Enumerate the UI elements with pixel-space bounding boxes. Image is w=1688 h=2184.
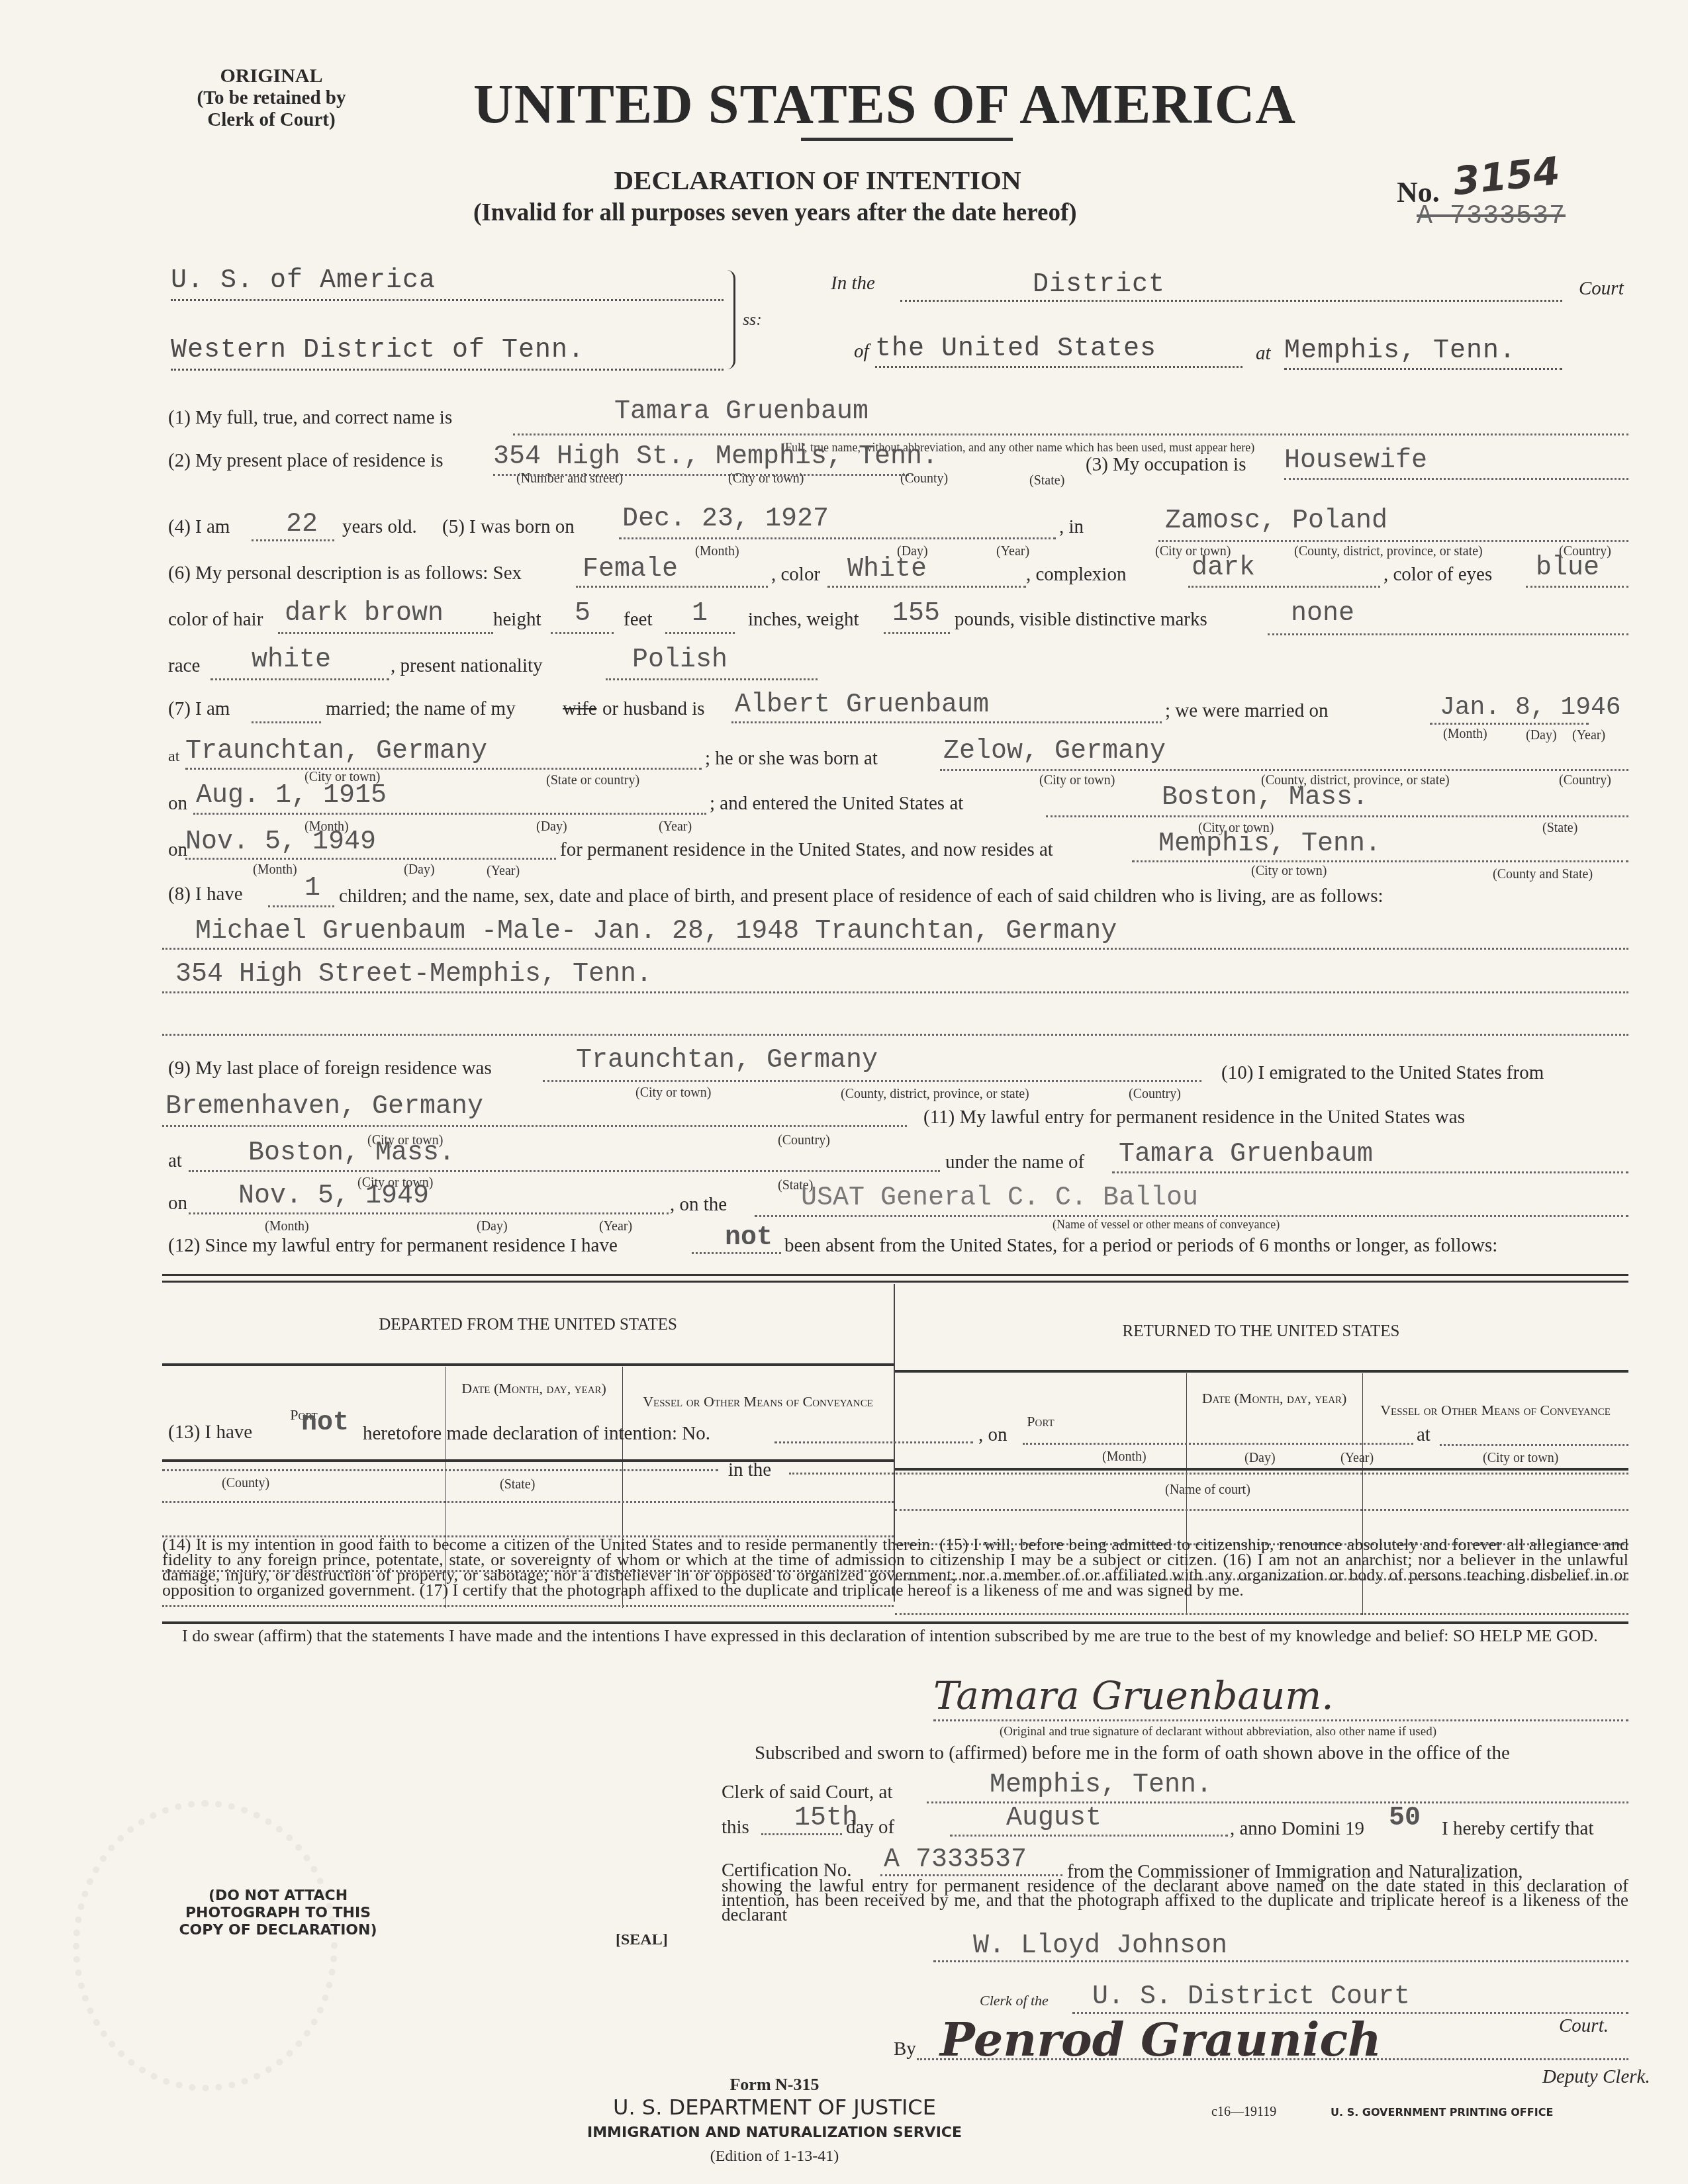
venue-left: U. S. of America Western District of Ten… [171,266,724,371]
hair-label: color of hair [168,609,263,631]
entry-name-line [1112,1171,1628,1173]
caption-city: (City or town) [728,471,804,486]
emigrated-from-field[interactable]: Bremenhaven, Germany [165,1092,483,1122]
feet-field[interactable]: 5 [575,599,590,629]
race-field[interactable]: white [252,645,331,675]
eyes-label: , color of eyes [1383,564,1492,586]
venue-district: Western District of Tenn. [171,336,724,371]
weight-label: pounds, visible distinctive marks [955,609,1207,631]
caption-day: (Day) [536,819,567,835]
spouse-birthdate-line [193,813,706,815]
ss-label: ss: [743,310,762,330]
caption-country: (Country) [1559,773,1611,788]
caption-city: (City or town) [1039,773,1115,788]
entry-name-label: under the name of [945,1152,1084,1173]
jurat-place-field[interactable]: Memphis, Tenn. [990,1770,1212,1800]
entry-name-field[interactable]: Tamara Gruenbaum [1119,1140,1373,1169]
prior-city-field[interactable] [1440,1444,1628,1446]
wife-struck: wife [563,698,597,720]
court-suffix-label: Court. [1559,2015,1609,2037]
resides-label: for permanent residence in the United St… [560,839,1053,861]
copy-label: ORIGINAL [159,65,384,87]
at-label: at [168,748,179,766]
emigrated-from-line [162,1125,907,1127]
prior-date-field[interactable] [1023,1443,1413,1445]
item2-label: (2) My present place of residence is [168,450,444,472]
caption-county-state: (County and State) [1493,867,1593,882]
caption-year: (Year) [599,1219,632,1234]
declarant-signature: Tamara Gruenbaum. [933,1673,1334,1718]
clerk-court-field: U. S. District Court [1092,1982,1410,2012]
husband-label: or husband is [602,698,705,720]
service: IMMIGRATION AND NATURALIZATION SERVICE [543,2124,1006,2141]
foreign-residence-line [543,1080,1201,1082]
caption-county: (County) [222,1476,269,1491]
residence-field[interactable]: 354 High St., Memphis, Tenn. [493,442,938,472]
caption-country: (Country) [1129,1087,1181,1102]
on-label: , on [978,1424,1008,1446]
nationality-line [606,678,818,680]
complexion-field[interactable]: dark [1192,553,1255,583]
caption-county: (County, district, province, or state) [841,1087,1029,1102]
occupation-field[interactable]: Housewife [1284,446,1427,476]
marriage-date-field[interactable]: Jan. 8, 1946 [1440,694,1621,722]
copy-note: (To be retained by [159,87,384,109]
item5-label: (5) I was born on [442,516,575,538]
item1-label: (1) My full, true, and correct name is [168,407,452,429]
in-the-label: In the [831,273,875,295]
vessel-field[interactable]: USAT General C. C. Ballou [801,1183,1198,1213]
validity-note: (Invalid for all purposes seven years af… [473,199,1077,227]
venue-brace [727,270,735,369]
jurat-month-field[interactable]: August [1006,1803,1102,1833]
department: U. S. DEPARTMENT OF JUSTICE [543,2095,1006,2120]
birth-place-field[interactable]: Zamosc, Poland [1165,506,1387,536]
item7-label: (7) I am [168,698,230,720]
entry-date-line [189,1212,669,1214]
caption-country: (Country) [778,1133,830,1148]
caption-city: (City or town) [1251,864,1327,879]
jurat-month-line [950,1835,1228,1837]
prior-court-field[interactable] [789,1473,1628,1475]
race-line [211,678,389,680]
marriage-date-line [1430,723,1589,725]
color-line [827,586,1026,588]
copy-note: Clerk of Court) [159,109,384,131]
returned-header: RETURNED TO THE UNITED STATES [894,1322,1628,1341]
this-label: this [722,1817,749,1839]
caption-month: (Month) [1443,727,1487,742]
caption-year: (Year) [1572,728,1605,743]
spouse-entry-port-line [1046,815,1628,817]
inches-line [665,632,735,634]
caption-month: (Month) [253,862,297,878]
prior-number-field[interactable] [774,1441,973,1443]
children-rule [162,948,1628,950]
spouse-entry-date-field[interactable]: Nov. 5, 1949 [185,827,376,857]
departed-header: DEPARTED FROM THE UNITED STATES [162,1316,894,1334]
entry-port-field[interactable]: Boston, Mass. [248,1138,455,1168]
caption-number-street: (Number and street) [516,471,623,486]
court-label: Court [1579,278,1624,300]
sex-field[interactable]: Female [583,555,678,584]
eyes-field[interactable]: blue [1536,553,1599,583]
nationality-label: , present nationality [391,655,543,677]
clerk-name-line [933,1960,1628,1962]
absence-line [692,1252,781,1254]
caption-year: (Year) [487,864,520,879]
print-code: c16—19119 [1211,2105,1276,2120]
struck-number: A-7333537 [1417,202,1566,232]
cert-text-2: showing the lawful entry for permanent r… [722,1878,1628,1922]
col-header-date: Date (Month, day, year) [445,1380,622,1397]
table-row[interactable] [895,1509,1628,1511]
complexion-label: , complexion [1026,564,1126,586]
height-label: height [493,609,541,631]
married-status-line [252,721,321,723]
on-label: on [168,793,187,815]
spouse-residence-field[interactable]: Memphis, Tenn. [1158,829,1381,859]
item3-label: (3) My occupation is [1086,454,1246,476]
clerk-at-label: Clerk of said Court, at [722,1782,893,1803]
title-rule [801,138,1013,141]
spouse-entry-date-line [185,858,556,860]
spouse-birthdate-field[interactable]: Aug. 1, 1915 [196,781,387,811]
item4-label: (4) I am [168,516,230,538]
age-line [252,539,334,541]
deputy-label: Deputy Clerk. [1542,2066,1650,2088]
item10-label: (10) I emigrated to the United States fr… [1221,1062,1544,1084]
weight-field[interactable]: 155 [892,599,940,629]
spouse-birthplace-line [940,769,1628,771]
entry-date-field[interactable]: Nov. 5, 1949 [238,1181,429,1211]
vessel-line [755,1215,1628,1217]
caption-county: (County, district, province, or state) [1294,544,1483,559]
birth-date-field[interactable]: Dec. 23, 1927 [622,504,829,534]
caption-day: (Day) [1526,728,1557,743]
item12-label: (12) Since my lawful entry for permanent… [168,1235,618,1257]
item13-text: heretofore made declaration of intention… [363,1423,710,1445]
venue-country: U. S. of America [171,266,724,301]
clerk-name-field: W. Lloyd Johnson [973,1931,1227,1961]
entry-port-line [189,1170,940,1172]
age-field[interactable]: 22 [286,510,318,539]
item13-label: (13) I have [168,1422,252,1443]
married-label: married; the name of my [326,698,516,720]
deputy-line [917,2058,1628,2060]
hair-field[interactable]: dark brown [285,599,444,629]
form-number: Form N-315 [543,2075,1006,2095]
page-title: UNITED STATES OF AMERICA [473,73,1296,137]
caption-state: (State) [1542,821,1577,836]
signature-caption: (Original and true signature of declaran… [1000,1725,1436,1739]
race-label: race [168,655,200,677]
item8-label: (8) I have [168,884,243,905]
oath-paragraph: (14) It is my intention in good faith to… [162,1537,1628,1598]
spouse-residence-line [1132,860,1628,862]
eyes-line [1526,586,1628,588]
marks-field[interactable]: none [1291,599,1354,629]
on-label: on [168,1193,187,1214]
col-header-vessel: Vessel or Other Means of Conveyance [1362,1402,1628,1419]
oath-swear: I do swear (affirm) that the statements … [162,1628,1628,1643]
edition: (Edition of 1-13-41) [543,2148,1006,2165]
caption-year: (Year) [659,819,692,835]
caption-year: (Year) [1340,1451,1374,1466]
feet-label: feet [624,609,652,631]
day-of-label: day of [846,1817,894,1839]
court-location-field[interactable]: Memphis, Tenn. [1284,336,1562,370]
caption-state: (State) [1029,473,1064,488]
feet-line [551,632,614,634]
court-type-field[interactable]: District [900,270,1562,302]
spouse-name-field[interactable]: Albert Gruenbaum [735,690,989,720]
vessel-caption: (Name of vessel or other means of convey… [1053,1218,1280,1232]
item6-label: (6) My personal description is as follow… [168,563,522,584]
caption-day: (Day) [477,1219,508,1234]
hair-line [278,632,493,634]
full-name-field[interactable]: Tamara Gruenbaum [614,397,868,427]
by-label: By [894,2038,916,2060]
col-header-date: Date (Month, day, year) [1186,1390,1362,1407]
table-row[interactable] [162,1501,894,1503]
item12-text: been absent from the United States, for … [784,1235,1497,1257]
children-count-field[interactable]: 1 [305,874,320,903]
table-row[interactable] [162,1605,894,1607]
anno-label: , anno Domini 19 [1230,1818,1364,1840]
children-line-1[interactable]: Michael Gruenbaum -Male- Jan. 28, 1948 T… [195,917,1117,946]
caption-city: (City or town) [1483,1451,1558,1466]
caption-city: (City or town) [635,1085,711,1101]
caption-state: (State) [500,1477,535,1492]
jurat-day-line [761,1833,842,1835]
color-label: , color [771,564,820,586]
spouse-birthplace-field[interactable]: Zelow, Germany [943,737,1166,766]
born-at-label: ; he or she was born at [705,748,878,770]
spouse-line [731,721,1162,723]
caption-county: (County) [900,471,948,486]
sex-line [576,586,768,588]
inches-field[interactable]: 1 [692,599,708,629]
absence-field[interactable]: not [725,1223,773,1253]
item9-label: (9) My last place of foreign residence w… [168,1058,492,1079]
jurisdiction-field[interactable]: the United States [875,334,1243,368]
photo-notice: (DO NOT ATTACH PHOTOGRAPH TO THIS COPY O… [169,1888,387,1939]
in-the-label: in the [728,1459,771,1481]
color-field[interactable]: White [847,555,927,584]
marriage-place-field[interactable]: Traunchtan, Germany [185,737,487,766]
birth-date-line [619,537,1056,539]
married-on-label: ; we were married on [1165,700,1328,722]
at-label: at [1256,343,1271,365]
birth-place-line [1158,540,1628,542]
col-header-port: Port [895,1413,1186,1430]
caption-month: (Month) [1102,1449,1147,1465]
inches-label: inches, weight [748,609,859,631]
children-count-line [268,905,334,907]
foreign-residence-field[interactable]: Traunchtan, Germany [576,1046,878,1075]
item4-suffix: years old. [342,516,417,538]
caption-month: (Month) [695,544,739,559]
item11-label: (11) My lawful entry for permanent resid… [923,1107,1465,1128]
caption-court: (Name of court) [1165,1482,1250,1498]
prior-county-state-field[interactable] [162,1469,718,1471]
jurat-line-1: Subscribed and sworn to (affirmed) befor… [755,1743,1510,1764]
seal-label: [SEAL] [616,1931,668,1949]
vessel-label: , on the [670,1194,727,1216]
nationality-field[interactable]: Polish [632,645,727,675]
children-rule [162,1034,1628,1036]
signature-line [933,1719,1628,1721]
spouse-entry-port-field[interactable]: Boston, Mass. [1162,783,1368,813]
on-label: on [168,839,187,861]
embossed-seal [73,1800,338,2091]
marks-line [1268,633,1628,635]
caption-month: (Month) [265,1219,309,1234]
caption-day: (Day) [404,862,435,878]
clerk-of-label: Clerk of the [980,1992,1049,2009]
caption-day: (Day) [1244,1451,1276,1466]
occupation-line [1284,478,1628,480]
children-rule [162,991,1628,993]
children-line-2[interactable]: 354 High Street-Memphis, Tenn. [175,960,652,989]
certify-label: I hereby certify that [1442,1818,1593,1840]
marriage-place-line [185,768,702,770]
printer: U. S. GOVERNMENT PRINTING OFFICE [1331,2106,1553,2118]
certification-number-field[interactable]: A 7333537 [884,1845,1027,1875]
at-label: at [1417,1424,1430,1446]
copy-designation: ORIGINAL (To be retained by Clerk of Cou… [159,65,384,131]
at-label: at [168,1150,182,1172]
prior-declaration-field[interactable]: not [301,1408,349,1438]
table-row[interactable] [895,1613,1628,1615]
full-name-line [513,433,1628,435]
in-label: , in [1059,516,1084,538]
weight-line [884,632,950,634]
complexion-line [1188,586,1380,588]
col-header-vessel: Vessel or Other Means of Conveyance [622,1393,894,1410]
entered-label: ; and entered the United States at [710,793,963,815]
jurat-year-field[interactable]: 50 [1389,1803,1421,1833]
of-label: of [854,341,869,363]
caption-state-country: (State or country) [546,773,639,788]
item8-text: children; and the name, sex, date and pl… [339,886,1383,907]
caption-year: (Year) [996,544,1029,559]
